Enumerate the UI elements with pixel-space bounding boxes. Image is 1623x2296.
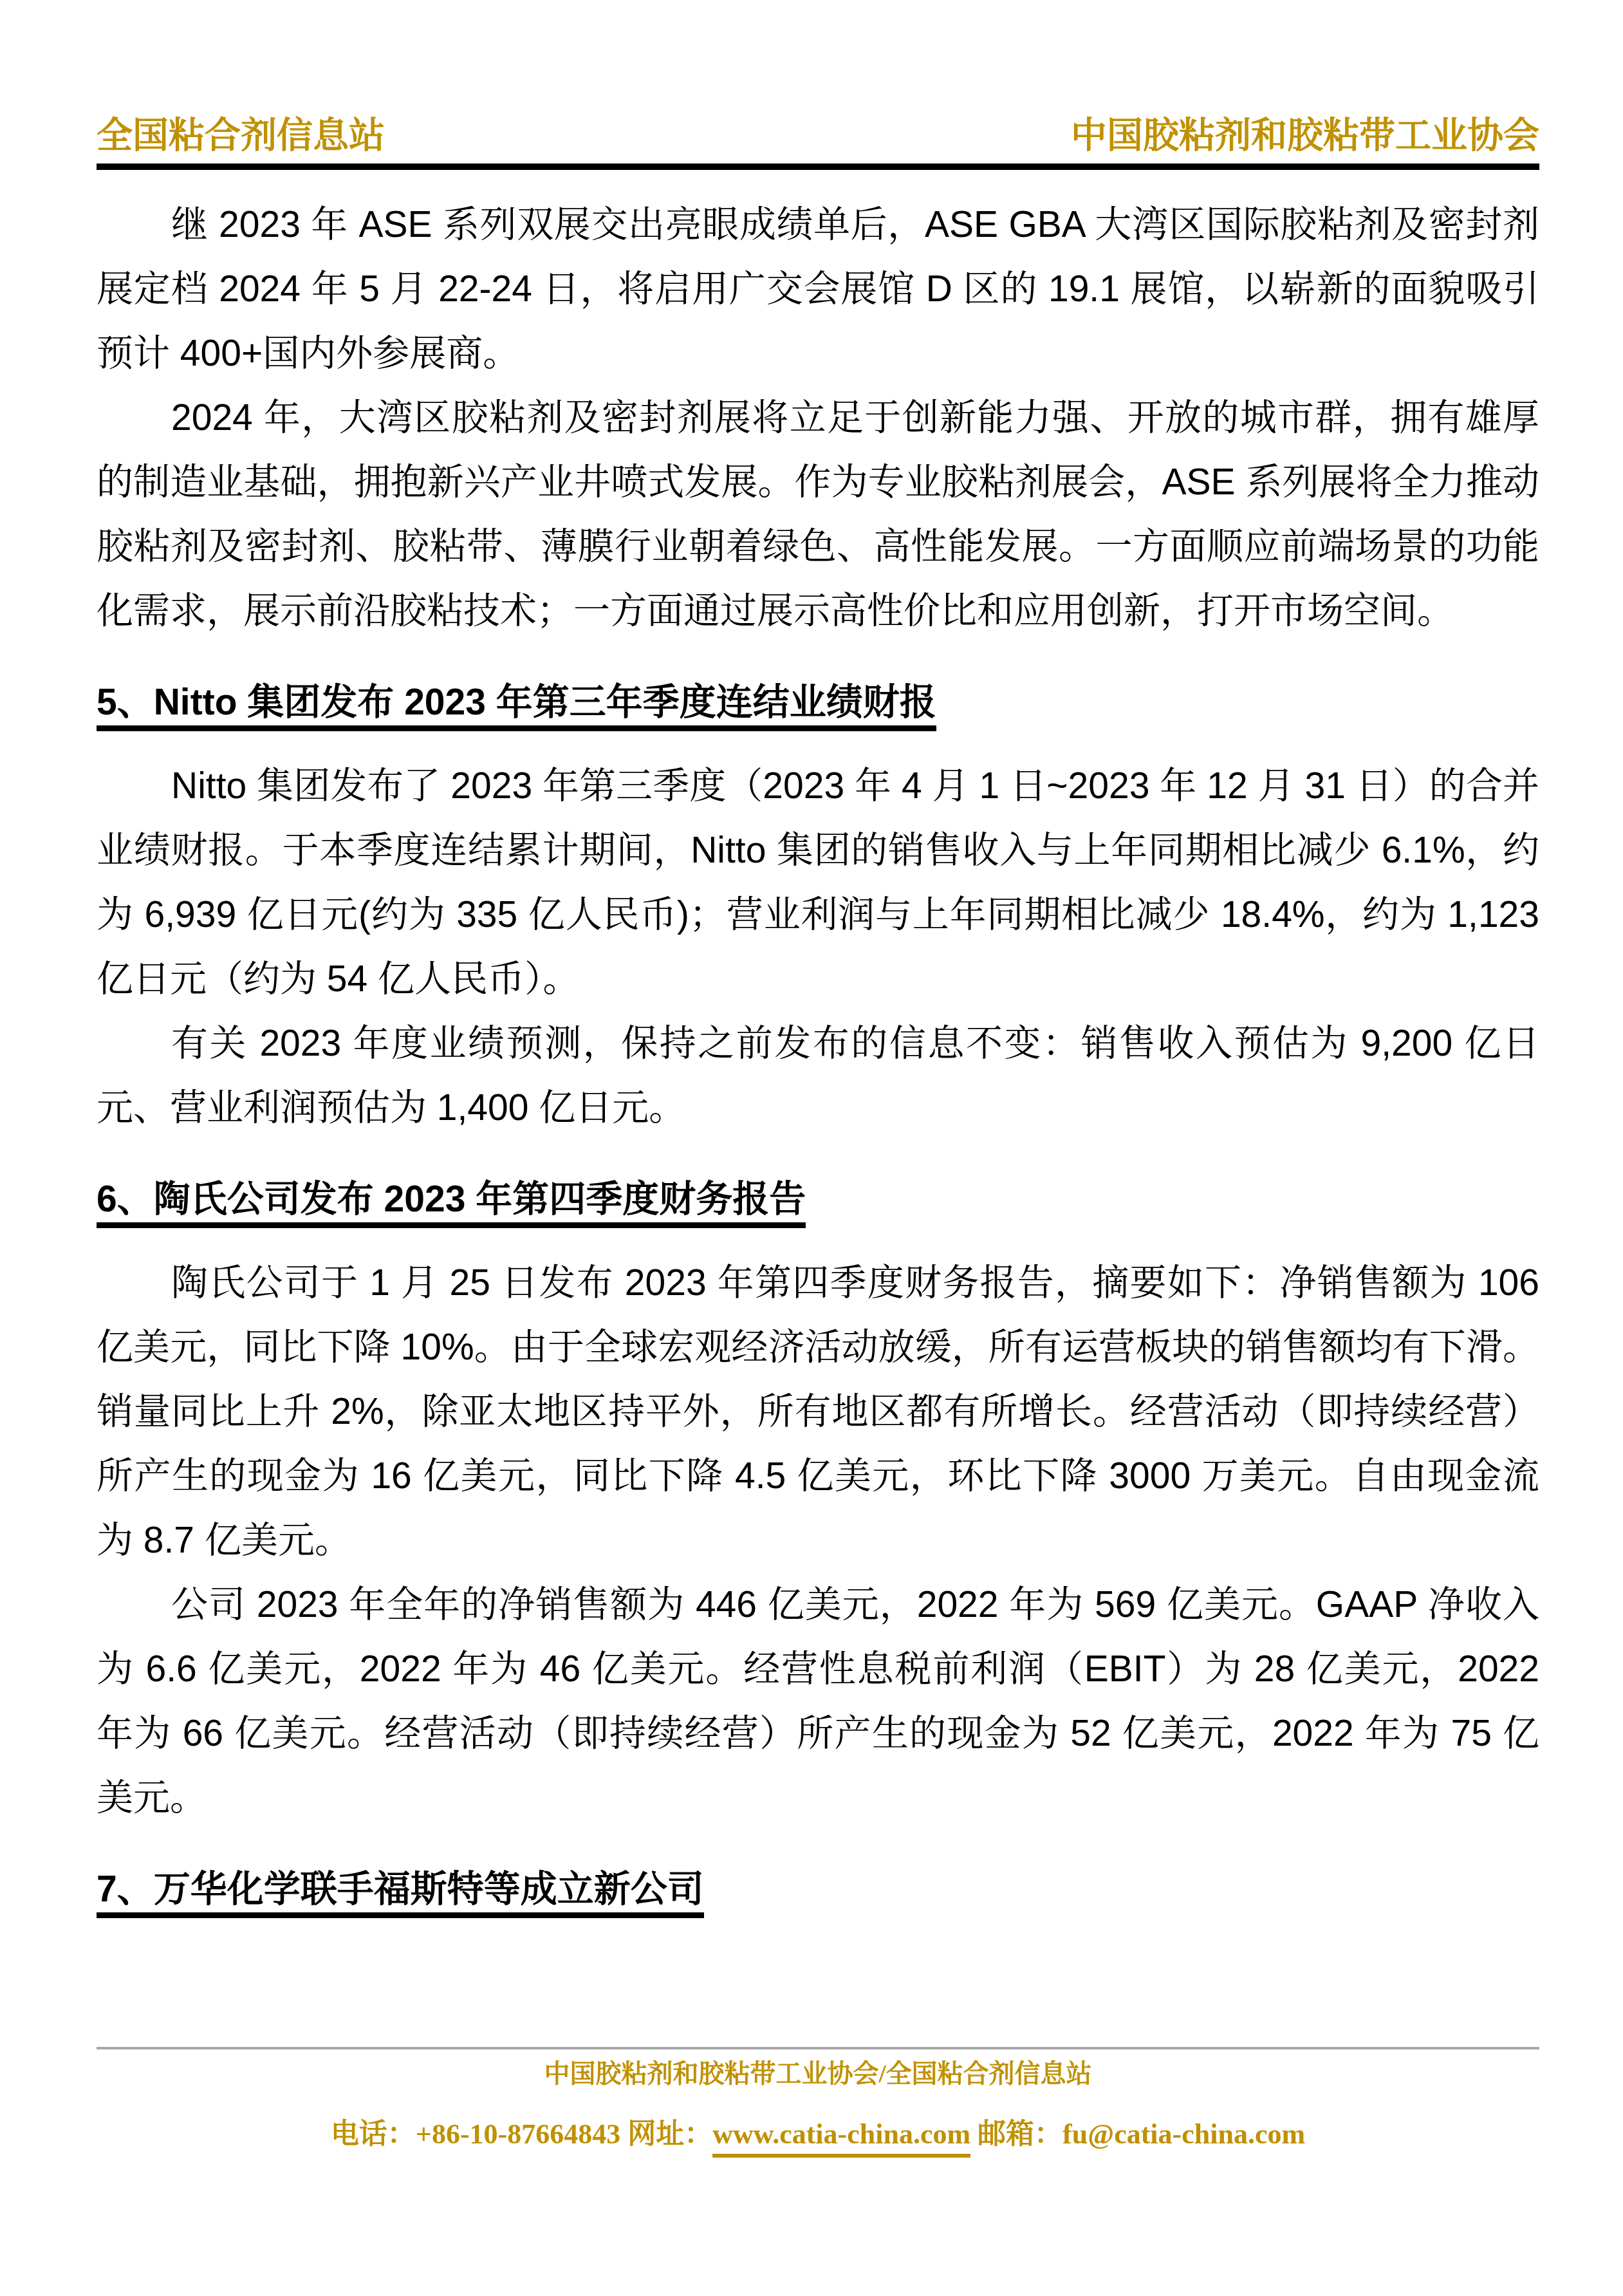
paragraph-dow-2: 公司 2023 年全年的净销售额为 446 亿美元，2022 年为 569 亿美…: [97, 1573, 1539, 1830]
document-page: 全国粘合剂信息站 中国胶粘剂和胶粘带工业协会 继 2023 年 ASE 系列双展…: [0, 0, 1623, 2296]
footer-email-label: 邮箱：fu@catia-china.com: [970, 2118, 1305, 2150]
section-6-heading-text: 6、陶氏公司发布 2023 年第四季度财务报告: [97, 1179, 806, 1228]
section-7-heading: 7、万华化学联手福斯特等成立新公司: [97, 1857, 1539, 1921]
footer-phone-label: 电话：+86-10-87664843 网址：: [331, 2118, 712, 2150]
section-6-heading: 6、陶氏公司发布 2023 年第四季度财务报告: [97, 1167, 1539, 1231]
page-footer: 中国胶粘剂和胶粘带工业协会/全国粘合剂信息站 电话：+86-10-8766484…: [97, 2047, 1539, 2151]
paragraph-ase-expo-2: 2024 年，大湾区胶粘剂及密封剂展将立足于创新能力强、开放的城市群，拥有雄厚的…: [97, 386, 1539, 643]
document-body: 继 2023 年 ASE 系列双展交出亮眼成绩单后，ASE GBA 大湾区国际胶…: [97, 192, 1539, 1941]
footer-website-link[interactable]: www.catia-china.com: [712, 2118, 970, 2158]
paragraph-nitto-2: 有关 2023 年度业绩预测，保持之前发布的信息不变：销售收入预估为 9,200…: [97, 1011, 1539, 1140]
header-divider: [97, 163, 1539, 170]
footer-contact-line: 电话：+86-10-87664843 网址：www.catia-china.co…: [97, 2118, 1539, 2151]
paragraph-dow-1: 陶氏公司于 1 月 25 日发布 2023 年第四季度财务报告，摘要如下：净销售…: [97, 1251, 1539, 1573]
header-association-name: 中国胶粘剂和胶粘带工业协会: [1071, 115, 1539, 157]
footer-divider: [97, 2047, 1539, 2049]
page-header-row: 全国粘合剂信息站 中国胶粘剂和胶粘带工业协会: [97, 115, 1539, 163]
page-header: 全国粘合剂信息站 中国胶粘剂和胶粘带工业协会: [97, 115, 1539, 170]
section-5-heading: 5、Nitto 集团发布 2023 年第三年季度连结业绩财报: [97, 670, 1539, 734]
section-7-heading-text: 7、万华化学联手福斯特等成立新公司: [97, 1869, 704, 1918]
section-5-heading-text: 5、Nitto 集团发布 2023 年第三年季度连结业绩财报: [97, 682, 936, 731]
paragraph-nitto-1: Nitto 集团发布了 2023 年第三季度（2023 年 4 月 1 日~20…: [97, 754, 1539, 1011]
header-site-name: 全国粘合剂信息站: [97, 115, 385, 157]
paragraph-ase-expo-1: 继 2023 年 ASE 系列双展交出亮眼成绩单后，ASE GBA 大湾区国际胶…: [97, 192, 1539, 386]
footer-organization-line: 中国胶粘剂和胶粘带工业协会/全国粘合剂信息站: [97, 2058, 1539, 2089]
